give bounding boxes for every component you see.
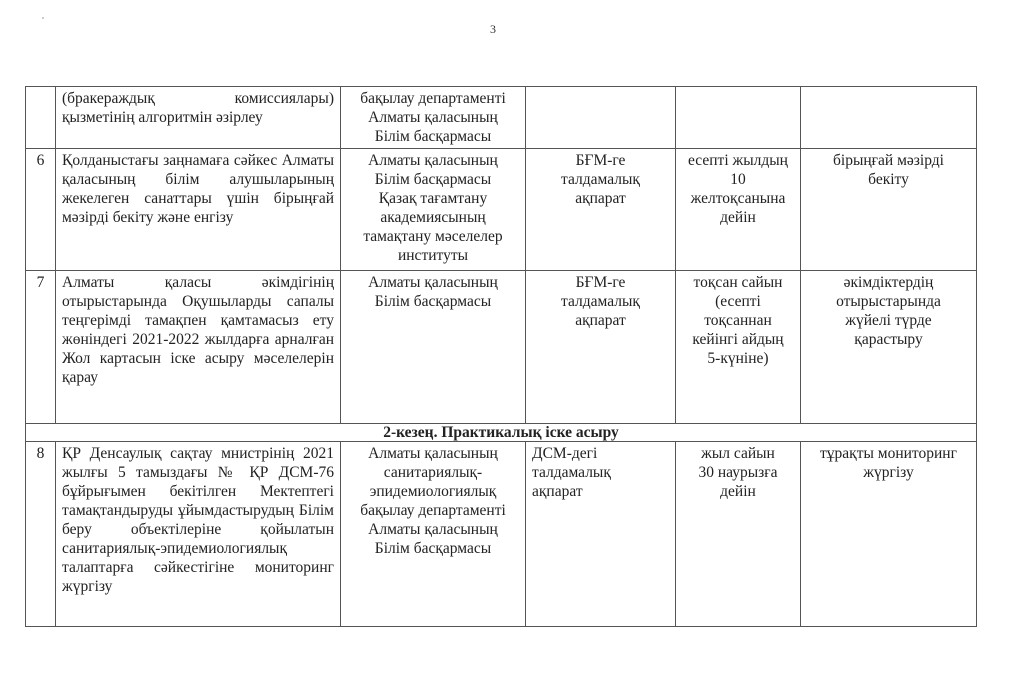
- action-plan-table: (бракераждық комиссиялары) қызметінің ал…: [25, 86, 977, 627]
- expected-result-cell: бірыңғай мәзірді бекіту: [801, 149, 977, 271]
- stage-header-row: 2-кезең. Практикалық іске асыру: [26, 424, 977, 442]
- scan-speck: [42, 17, 44, 19]
- expected-result-cell: тұрақты мониторинг жүргізу: [801, 442, 977, 627]
- deadline-cell: есепті жылдың 10 желтоқсанына дейін: [676, 149, 801, 271]
- report-form-cell: ДСМ-дегі талдамалық ақпарат: [526, 442, 676, 627]
- expected-result-cell: әкімдіктердің отырыстарында жүйелі түрде…: [801, 271, 977, 424]
- responsible-cell: Алматы қаласының Білім басқармасы Қазақ …: [341, 149, 526, 271]
- responsible-cell: Алматы қаласының санитариялық- эпидемиол…: [341, 442, 526, 627]
- responsible-cell: Алматы қаласының Білім басқармасы: [341, 271, 526, 424]
- stage-header: 2-кезең. Практикалық іске асыру: [26, 424, 977, 442]
- deadline-cell: тоқсан сайын (есепті тоқсаннан кейінгі а…: [676, 271, 801, 424]
- task-cell: Алматы қаласы әкімдігінің отырыстарында …: [56, 271, 341, 424]
- report-form-cell: БҒМ-ге талдамалық ақпарат: [526, 271, 676, 424]
- row-number: [26, 87, 56, 149]
- deadline-cell: жыл сайын 30 наурызға дейін: [676, 442, 801, 627]
- expected-result-cell: [801, 87, 977, 149]
- row-number: 6: [26, 149, 56, 271]
- responsible-cell: бақылау департаменті Алматы қаласының Бі…: [341, 87, 526, 149]
- row-number: 7: [26, 271, 56, 424]
- deadline-cell: [676, 87, 801, 149]
- report-form-cell: БҒМ-ге талдамалық ақпарат: [526, 149, 676, 271]
- table-row: 6 Қолданыстағы заңнамаға сәйкес Алматы қ…: [26, 149, 977, 271]
- row-number: 8: [26, 442, 56, 627]
- task-cell: Қолданыстағы заңнамаға сәйкес Алматы қал…: [56, 149, 341, 271]
- report-form-cell: [526, 87, 676, 149]
- task-cell: (бракераждық комиссиялары) қызметінің ал…: [56, 87, 341, 149]
- table-row: (бракераждық комиссиялары) қызметінің ал…: [26, 87, 977, 149]
- table-row: 7 Алматы қаласы әкімдігінің отырыстарынд…: [26, 271, 977, 424]
- page-number: 3: [490, 22, 496, 37]
- table-row: 8 ҚР Денсаулық сақтау мнистрінің 2021 жы…: [26, 442, 977, 627]
- task-cell: ҚР Денсаулық сақтау мнистрінің 2021 жылғ…: [56, 442, 341, 627]
